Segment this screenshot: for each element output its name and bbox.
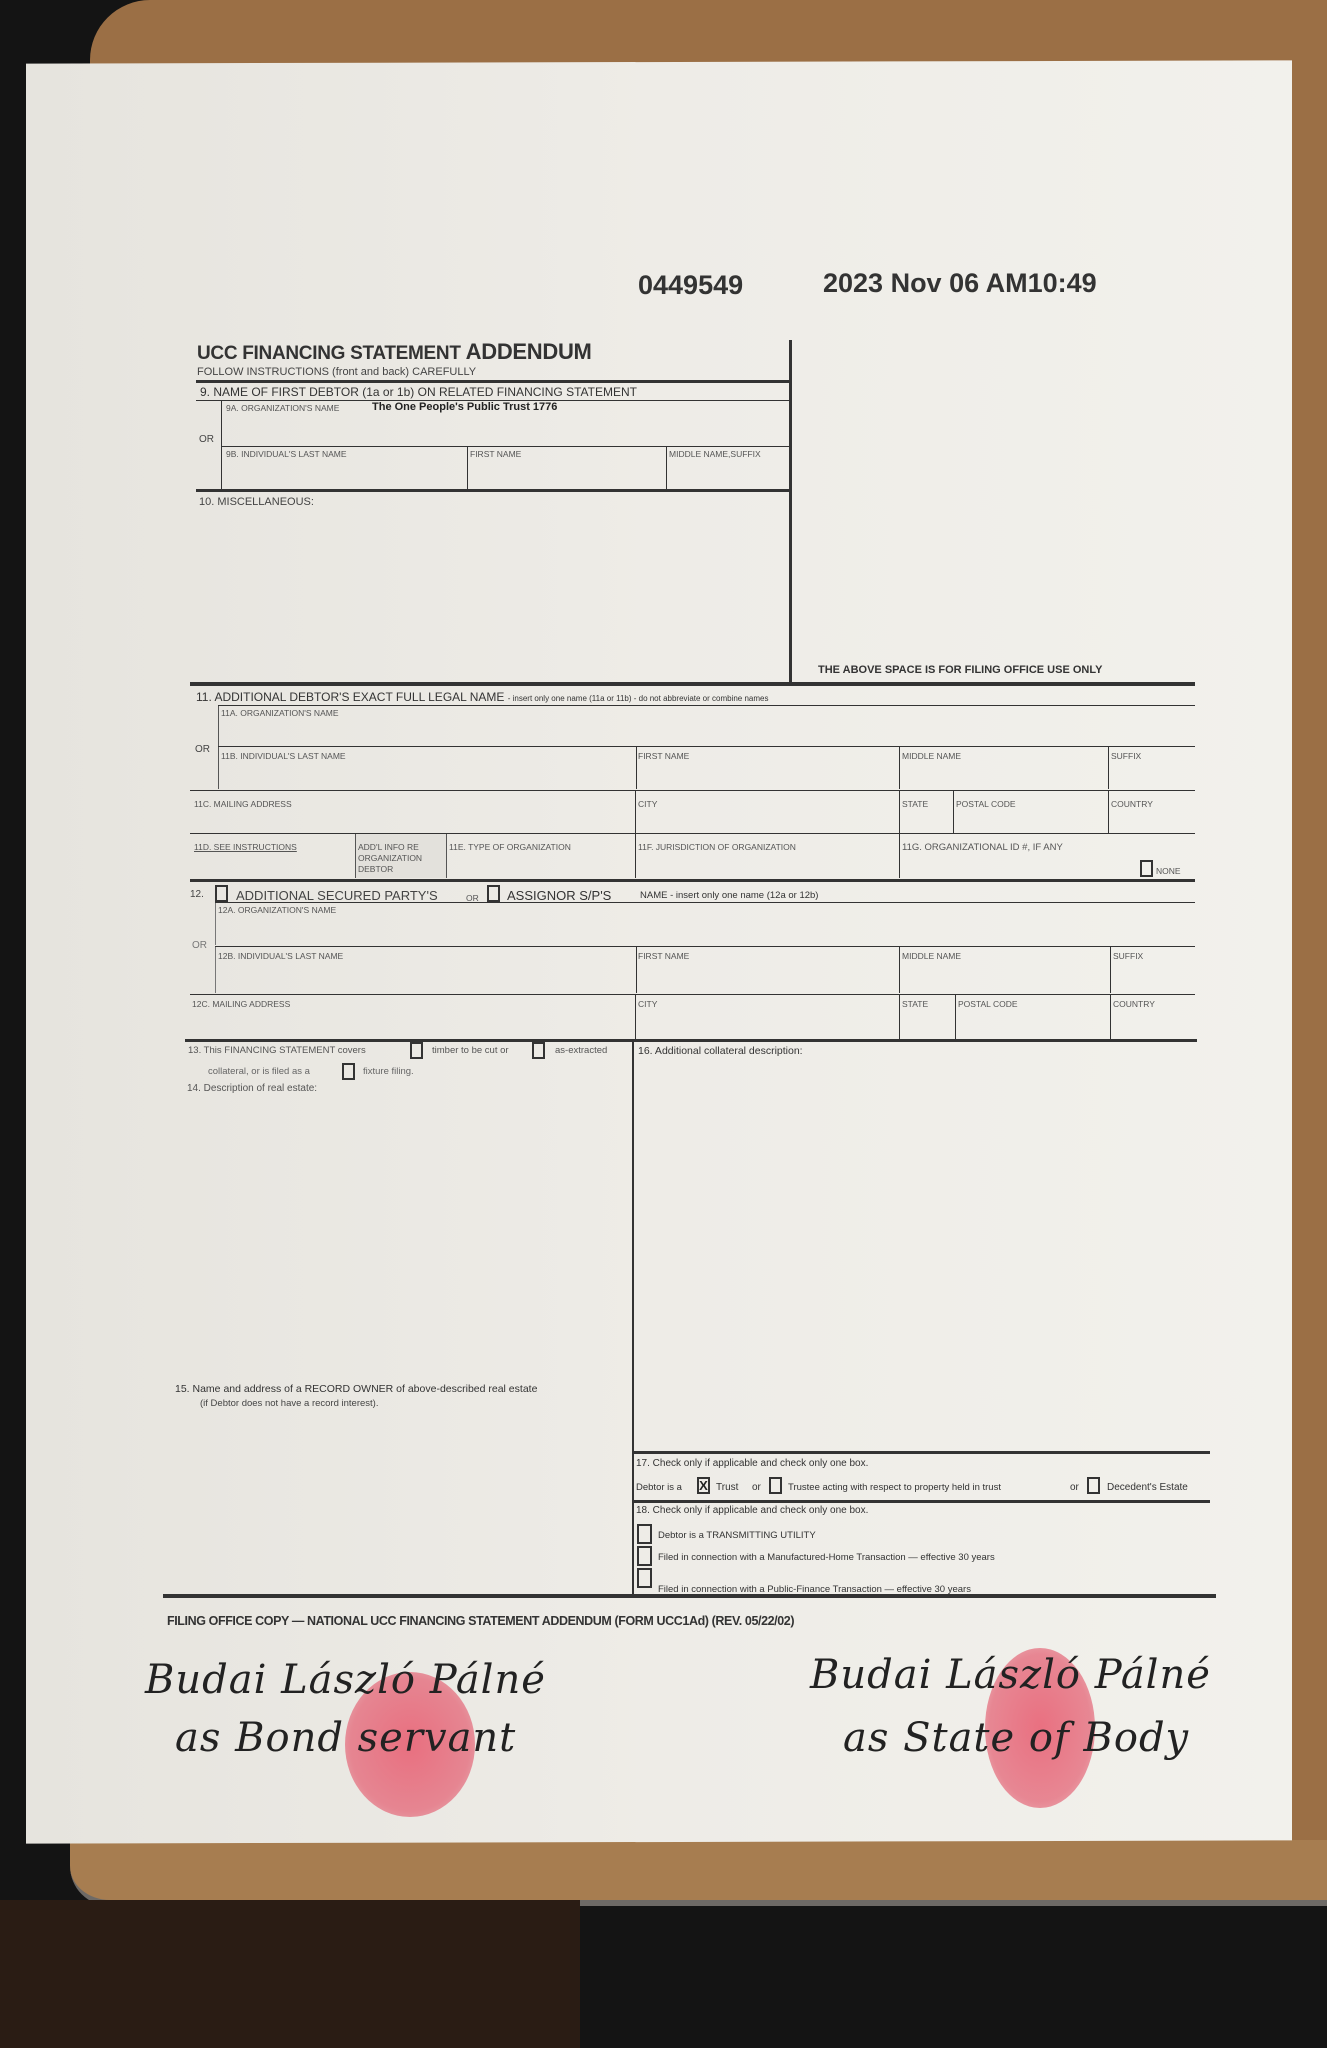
assignor-label: ASSIGNOR S/P'S [507,888,611,903]
city-label: CITY [638,799,657,809]
addl-debtor-last-name-field[interactable]: 11b. INDIVIDUAL'S LAST NAME [218,747,637,789]
or-label: OR [192,940,207,951]
timber-label: timber to be cut or [432,1045,509,1056]
addl-debtor-city-field[interactable]: CITY [636,791,900,833]
secured-last-name-field[interactable]: 12b. INDIVIDUAL'S LAST NAME [215,947,637,993]
addl-debtor-address-field[interactable]: 11c. MAILING ADDRESS [190,791,636,833]
fixture-checkbox[interactable] [342,1063,355,1080]
secured-state-field[interactable]: STATE [900,995,956,1039]
secured-org-field[interactable]: 12a. ORGANIZATION'S NAME [215,903,1196,945]
divider [185,1039,1197,1042]
trustee-checkbox[interactable] [769,1477,782,1494]
postal-code-label: POSTAL CODE [956,799,1016,809]
suffix-label: SUFFIX [1111,751,1141,761]
org-name-label: 11a. ORGANIZATION'S NAME [221,708,339,718]
signature-right-line1: Budai László Pálné [810,1652,1211,1698]
or-label: or [752,1482,761,1493]
addl-info-label: ADD'L INFO RE ORGANIZATION DEBTOR [358,842,444,875]
public-finance-checkbox[interactable] [637,1568,652,1588]
section13-text: 13. This FINANCING STATEMENT covers [188,1045,366,1056]
section13-text-b: collateral, or is filed as a [208,1066,310,1077]
suffix-label: SUFFIX [1113,951,1143,961]
section12-note: NAME - insert only one name (12a or 12b) [640,890,818,901]
middle-name-label: MIDDLE NAME,SUFFIX [669,449,761,459]
section12-number: 12. [190,889,204,900]
jurisdiction-label: 11f. JURISDICTION OF ORGANIZATION [638,842,796,852]
or-label: OR [195,744,210,755]
divider [196,489,791,492]
org-name-label: 12a. ORGANIZATION'S NAME [218,905,336,915]
secured-party-label: ADDITIONAL SECURED PARTY'S [236,888,438,903]
postal-code-label: POSTAL CODE [958,999,1018,1009]
signature-left-line1: Budai László Pálné [145,1657,546,1703]
divider [632,1040,634,1595]
org-id-field[interactable]: 11g. ORGANIZATIONAL ID #, if any NONE [900,834,1195,878]
section18-heading: 18. Check only if applicable and check o… [636,1505,868,1516]
addl-debtor-postal-field[interactable]: POSTAL CODE [954,791,1109,833]
section16-heading: 16. Additional collateral description: [638,1045,803,1057]
fixture-label: fixture filing. [363,1066,414,1077]
org-name-value: The One People's Public Trust 1776 [372,401,557,413]
secured-address-field[interactable]: 12c. MAILING ADDRESS [190,995,636,1039]
divider [190,879,1195,882]
addl-debtor-middle-name-field[interactable]: MIDDLE NAME [900,747,1109,789]
debtor-first-name-field[interactable]: FIRST NAME [467,447,667,489]
first-name-label: FIRST NAME [638,751,689,761]
section14-heading: 14. Description of real estate: [187,1083,317,1094]
form-title-prefix: UCC FINANCING STATEMENT [197,343,461,364]
timber-checkbox[interactable] [410,1042,423,1059]
first-name-label: FIRST NAME [638,951,689,961]
trustee-label: Trustee acting with respect to property … [788,1482,1001,1493]
debtor-is-label: Debtor is a [636,1482,682,1493]
last-name-label: 9b. INDIVIDUAL'S LAST NAME [226,449,347,459]
form-title: UCC FINANCING STATEMENT ADDENDUM [197,339,592,365]
org-id-label: 11g. ORGANIZATIONAL ID #, if any [902,842,1063,853]
signature-left-line2: as Bond servant [175,1715,516,1761]
section17-heading: 17. Check only if applicable and check o… [636,1458,868,1469]
addl-debtor-org-field[interactable]: 11a. ORGANIZATION'S NAME [218,706,1196,746]
city-label: CITY [638,999,657,1009]
collateral-description-field[interactable] [638,1062,1208,1447]
decedents-estate-label: Decedent's Estate [1107,1482,1188,1493]
see-instructions[interactable]: 11d. SEE INSTRUCTIONS [190,834,356,878]
see-instructions-link[interactable]: 11d. SEE INSTRUCTIONS [194,842,297,852]
jurisdiction-field[interactable]: 11f. JURISDICTION OF ORGANIZATION [636,834,900,878]
divider [632,1451,1210,1454]
filing-timestamp: 2023 Nov 06 AM10:49 [823,268,1097,299]
assignor-checkbox[interactable] [487,885,500,902]
divider [632,1500,1210,1503]
form-footer: FILING OFFICE COPY — NATIONAL UCC FINANC… [167,1614,794,1628]
background-shadow [0,1900,580,2048]
secured-city-field[interactable]: CITY [636,995,900,1039]
form-instructions: FOLLOW INSTRUCTIONS (front and back) CAR… [197,366,476,378]
record-owner-field[interactable] [175,1415,625,1585]
real-estate-description-field[interactable] [187,1098,627,1368]
addl-info-field: ADD'L INFO RE ORGANIZATION DEBTOR [356,834,447,878]
addl-debtor-first-name-field[interactable]: FIRST NAME [636,747,900,789]
divider [190,682,1195,686]
org-type-label: 11e. TYPE OF ORGANIZATION [449,842,571,852]
middle-name-label: MIDDLE NAME [902,951,961,961]
state-label: STATE [902,799,928,809]
divider [196,380,791,383]
section11-title: 11. ADDITIONAL DEBTOR'S EXACT FULL LEGAL… [196,690,504,704]
address-label: 12c. MAILING ADDRESS [192,999,290,1009]
debtor-middle-name-field[interactable]: MIDDLE NAME,SUFFIX [667,447,789,489]
secured-middle-name-field[interactable]: MIDDLE NAME [900,947,1111,993]
filing-office-note: THE ABOVE SPACE IS FOR FILING OFFICE USE… [818,664,1102,676]
org-type-field[interactable]: 11e. TYPE OF ORGANIZATION [447,834,636,878]
state-label: STATE [902,999,928,1009]
or-label: or [1070,1482,1079,1493]
file-number: 0449549 [638,270,743,301]
miscellaneous-field[interactable] [199,512,787,672]
as-extracted-checkbox[interactable] [532,1042,545,1059]
section9-heading: 9. NAME OF FIRST DEBTOR (1a or 1b) ON RE… [200,385,637,399]
none-checkbox[interactable] [1140,860,1153,877]
addl-debtor-suffix-field[interactable]: SUFFIX [1109,747,1195,789]
divider [163,1594,1216,1598]
transmitting-utility-checkbox[interactable] [637,1524,652,1544]
secured-first-name-field[interactable]: FIRST NAME [636,947,900,993]
secured-party-checkbox[interactable] [215,885,228,902]
signature-right-line2: as State of Body [843,1715,1189,1761]
secured-postal-field[interactable]: POSTAL CODE [956,995,1111,1039]
section15-heading: 15. Name and address of a RECORD OWNER o… [175,1383,537,1395]
org-name-label: 9a. ORGANIZATION'S NAME [226,403,339,413]
country-label: COUNTRY [1111,799,1153,809]
manufactured-home-checkbox[interactable] [637,1546,652,1566]
trust-checkbox[interactable]: X [697,1477,710,1494]
section11-heading: 11. ADDITIONAL DEBTOR'S EXACT FULL LEGAL… [196,690,768,704]
decedents-estate-checkbox[interactable] [1087,1477,1100,1494]
section11-note: - insert only one name (11a or 11b) - do… [508,694,769,703]
addl-debtor-country-field[interactable]: COUNTRY [1109,791,1195,833]
debtor-org-name-field[interactable]: 9a. ORGANIZATION'S NAME The One People's… [221,401,790,446]
middle-name-label: MIDDLE NAME [902,751,961,761]
secured-country-field[interactable]: COUNTRY [1111,995,1195,1039]
debtor-last-name-field[interactable]: 9b. INDIVIDUAL'S LAST NAME [221,447,468,489]
addl-debtor-state-field[interactable]: STATE [900,791,954,833]
address-label: 11c. MAILING ADDRESS [194,799,292,809]
form-title-main: ADDENDUM [466,339,592,364]
table-edge [70,1840,1327,1906]
none-label: NONE [1156,866,1181,876]
or-label: OR [199,434,214,445]
last-name-label: 11b. INDIVIDUAL'S LAST NAME [221,751,346,761]
transmitting-utility-label: Debtor is a TRANSMITTING UTILITY [658,1530,816,1541]
country-label: COUNTRY [1113,999,1155,1009]
secured-suffix-field[interactable]: SUFFIX [1111,947,1195,993]
divider [789,340,792,683]
first-name-label: FIRST NAME [470,449,521,459]
manufactured-home-label: Filed in connection with a Manufactured-… [658,1552,995,1563]
last-name-label: 12b. INDIVIDUAL'S LAST NAME [218,951,343,961]
as-extracted-label: as-extracted [555,1045,607,1056]
trust-label: Trust [716,1482,738,1493]
section10-heading: 10. MISCELLANEOUS: [199,496,314,508]
section15-subheading: (if Debtor does not have a record intere… [200,1398,378,1409]
